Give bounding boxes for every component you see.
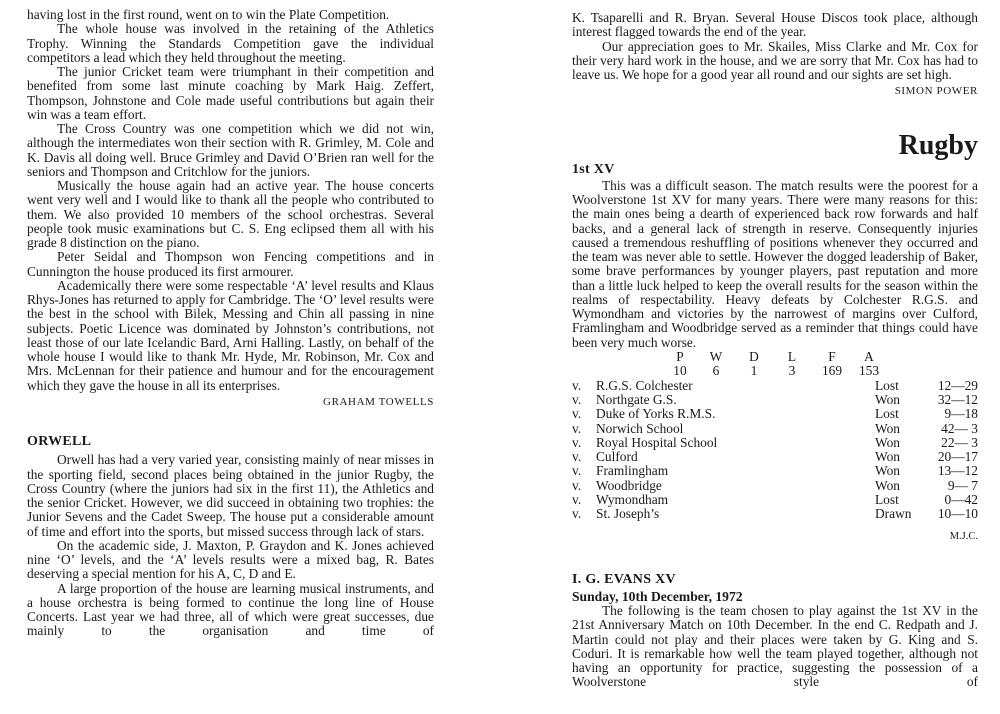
left-column: having lost in the first round, went on … — [27, 8, 434, 639]
fixture-score: 12—29 — [938, 379, 978, 393]
signature-simon-power: SIMON POWER — [572, 84, 978, 98]
continuation-paragraph: having lost in the first round, went on … — [27, 8, 434, 22]
fixture-row: v. Royal Hospital School Won 22— 3 — [572, 436, 978, 450]
fixture-prefix: v. — [572, 507, 581, 521]
summary-value-lost: 3 — [772, 364, 812, 378]
fixture-row: v. Culford Won 20—17 — [572, 450, 978, 464]
fixture-score: 10—10 — [938, 507, 978, 521]
fixture-prefix: v. — [572, 379, 581, 393]
fixtures-list: v. R.G.S. Colchester Lost 12—29 v. North… — [572, 379, 978, 522]
fixture-result: Won — [875, 393, 900, 407]
author-initials: M.J.C. — [572, 530, 978, 544]
fixture-prefix: v. — [572, 436, 581, 450]
section-heading-orwell: ORWELL — [27, 435, 434, 449]
fixture-prefix: v. — [572, 393, 581, 407]
fixture-prefix: v. — [572, 464, 581, 478]
fixture-result: Won — [875, 422, 900, 436]
fixture-opponent: Wymondham — [596, 493, 668, 507]
fixture-prefix: v. — [572, 479, 581, 493]
fixture-opponent: Framlingham — [596, 464, 668, 478]
fixture-score: 20—17 — [938, 450, 978, 464]
summary-value-played: 10 — [660, 364, 700, 378]
paragraph-1st-xv: This was a difficult season. The match r… — [572, 179, 978, 350]
fixture-opponent: St. Joseph’s — [596, 507, 659, 521]
paragraph-appreciation: Our appreciation goes to Mr. Skailes, Mi… — [572, 40, 978, 83]
fixture-row: v. St. Joseph’s Drawn 10—10 — [572, 507, 978, 521]
section-heading-evans-xv: I. G. EVANS XV — [572, 573, 978, 587]
fixture-result: Drawn — [875, 507, 911, 521]
fixture-result: Lost — [875, 407, 899, 421]
fixture-opponent: Northgate G.S. — [596, 393, 677, 407]
summary-value-drawn: 1 — [734, 364, 774, 378]
paragraph-cross-country: The Cross Country was one competition wh… — [27, 122, 434, 179]
fixture-score: 32—12 — [938, 393, 978, 407]
summary-value-for: 169 — [812, 364, 852, 378]
paragraph-evans-xv: The following is the team chosen to play… — [572, 604, 978, 690]
fixture-row: v. Wymondham Lost 0—42 — [572, 493, 978, 507]
fixture-row: v. Framlingham Won 13—12 — [572, 464, 978, 478]
fixture-score: 9— 7 — [948, 479, 978, 493]
fixture-prefix: v. — [572, 407, 581, 421]
paragraph-academic: Academically there were some respectable… — [27, 279, 434, 393]
paragraph-orwell-academic: On the academic side, J. Maxton, P. Gray… — [27, 539, 434, 582]
fixture-opponent: Royal Hospital School — [596, 436, 717, 450]
fixture-opponent: Woodbridge — [596, 479, 662, 493]
summary-header-lost: L — [772, 350, 812, 364]
fixture-result: Won — [875, 479, 900, 493]
summary-value-won: 6 — [696, 364, 736, 378]
fixture-row: v. Woodbridge Won 9— 7 — [572, 479, 978, 493]
summary-header-played: P — [660, 350, 700, 364]
summary-value-against: 153 — [849, 364, 889, 378]
signature-graham-towells: GRAHAM TOWELLS — [27, 395, 434, 409]
summary-header-won: W — [696, 350, 736, 364]
fixture-row: v. Duke of Yorks R.M.S. Lost 9—18 — [572, 407, 978, 421]
fixture-score: 9—18 — [945, 407, 978, 421]
fixture-result: Won — [875, 464, 900, 478]
season-summary-table: P W D L F A 10 6 1 3 169 153 — [572, 350, 978, 379]
fixture-score: 13—12 — [938, 464, 978, 478]
paragraph-orwell-music: A large proportion of the house are lear… — [27, 582, 434, 639]
fixture-opponent: R.G.S. Colchester — [596, 379, 693, 393]
fixture-score: 0—42 — [945, 493, 978, 507]
paragraph-athletics: The whole house was involved in the reta… — [27, 22, 434, 65]
fixture-row: v. Northgate G.S. Won 32—12 — [572, 393, 978, 407]
summary-header-drawn: D — [734, 350, 774, 364]
fixture-prefix: v. — [572, 422, 581, 436]
fixture-opponent: Norwich School — [596, 422, 683, 436]
paragraph-fencing: Peter Seidal and Thompson won Fencing co… — [27, 250, 434, 279]
fixture-score: 22— 3 — [941, 436, 978, 450]
fixture-prefix: v. — [572, 493, 581, 507]
right-column: K. Tsaparelli and R. Bryan. Several Hous… — [572, 11, 978, 690]
paragraph-orwell-sports: Orwell has had a very varied year, consi… — [27, 453, 434, 539]
summary-header-for: F — [812, 350, 852, 364]
match-date-subheading: Sunday, 10th December, 1972 — [572, 590, 978, 604]
fixture-result: Lost — [875, 493, 899, 507]
continuation-paragraph: K. Tsaparelli and R. Bryan. Several Hous… — [572, 11, 978, 40]
fixture-prefix: v. — [572, 450, 581, 464]
summary-header-against: A — [849, 350, 889, 364]
fixture-row: v. Norwich School Won 42— 3 — [572, 422, 978, 436]
fixture-score: 42— 3 — [941, 422, 978, 436]
fixture-result: Won — [875, 436, 900, 450]
fixture-result: Lost — [875, 379, 899, 393]
paragraph-music: Musically the house again had an active … — [27, 179, 434, 250]
page-title-rugby: Rugby — [572, 131, 978, 161]
fixture-opponent: Culford — [596, 450, 638, 464]
section-heading-1st-xv: 1st XV — [572, 163, 978, 177]
paragraph-cricket: The junior Cricket team were triumphant … — [27, 65, 434, 122]
fixture-result: Won — [875, 450, 900, 464]
fixture-opponent: Duke of Yorks R.M.S. — [596, 407, 715, 421]
fixture-row: v. R.G.S. Colchester Lost 12—29 — [572, 379, 978, 393]
